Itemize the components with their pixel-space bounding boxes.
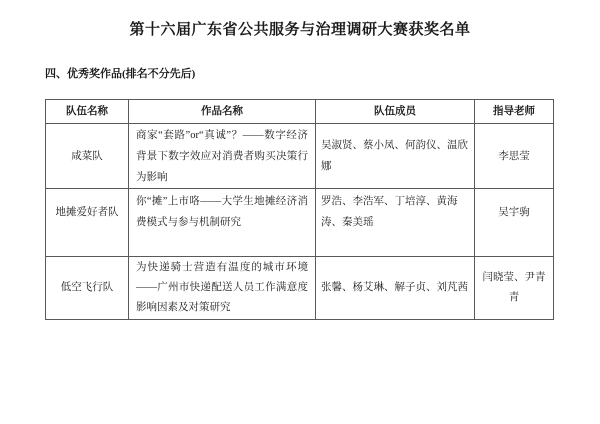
table-header-row: 队伍名称 作品名称 队伍成员 指导老师 <box>46 100 554 124</box>
table-row: 地摊爱好者队 你“摊”上市咯——大学生地摊经济消费模式与参与机制研究 罗浩、李浩… <box>46 189 554 257</box>
cell-work-title: 商家“套路”or“真诚”？——数字经济背景下数字效应对消费者购买决策行为影响 <box>129 124 316 189</box>
cell-team-members: 罗浩、李浩军、丁培淳、黄海涛、秦美瑶 <box>316 189 475 257</box>
cell-team-name: 地摊爱好者队 <box>46 189 129 257</box>
cell-team-members: 张馨、杨艾琳、解子贞、刘芃茜 <box>316 257 475 320</box>
document-page: 第十六届广东省公共服务与治理调研大赛获奖名单 四、优秀奖作品(排名不分先后) 队… <box>0 0 600 424</box>
column-header-team-name: 队伍名称 <box>46 100 129 124</box>
cell-work-title: 你“摊”上市咯——大学生地摊经济消费模式与参与机制研究 <box>129 189 316 257</box>
cell-advisor: 闫晓莹、尹青青 <box>475 257 554 320</box>
column-header-work-title: 作品名称 <box>129 100 316 124</box>
table-row: 低空飞行队 为快递骑士营造有温度的城市环境——广州市快递配送人员工作满意度影响因… <box>46 257 554 320</box>
cell-work-title: 为快递骑士营造有温度的城市环境——广州市快递配送人员工作满意度影响因素及对策研究 <box>129 257 316 320</box>
cell-team-members: 吴淑贤、蔡小凤、何韵仪、温欣娜 <box>316 124 475 189</box>
cell-advisor: 吴宇驹 <box>475 189 554 257</box>
column-header-advisor: 指导老师 <box>475 100 554 124</box>
cell-team-name: 低空飞行队 <box>46 257 129 320</box>
cell-team-name: 咸菜队 <box>46 124 129 189</box>
column-header-team-members: 队伍成员 <box>316 100 475 124</box>
document-title: 第十六届广东省公共服务与治理调研大赛获奖名单 <box>0 18 600 39</box>
cell-advisor: 李思莹 <box>475 124 554 189</box>
section-heading: 四、优秀奖作品(排名不分先后) <box>45 65 195 81</box>
table-row: 咸菜队 商家“套路”or“真诚”？——数字经济背景下数字效应对消费者购买决策行为… <box>46 124 554 189</box>
awards-table: 队伍名称 作品名称 队伍成员 指导老师 咸菜队 商家“套路”or“真诚”？——数… <box>45 99 554 320</box>
